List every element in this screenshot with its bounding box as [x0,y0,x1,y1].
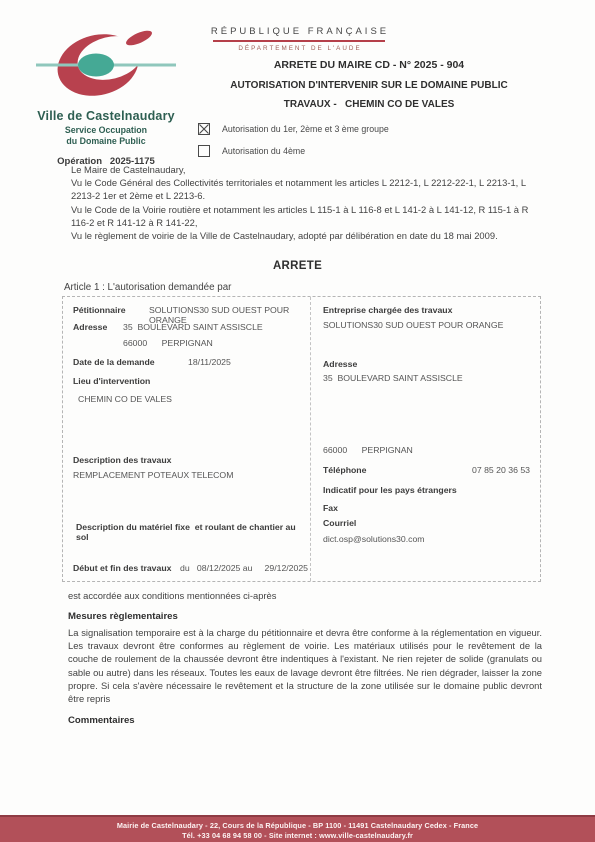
mesures-heading: Mesures règlementaires [68,611,178,622]
preamble-line-2: Vu le Code Général des Collectivités ter… [71,176,543,202]
republique-underline [213,40,385,42]
courriel-value: dict.osp@solutions30.com [323,534,425,544]
castelnaudary-logo-icon [36,28,176,102]
preamble-line-4: Vu le règlement de voirie de la Ville de… [71,229,543,242]
service-line1: Service Occupation [65,125,147,135]
logo: Ville de Castelnaudary Service Occupatio… [26,28,186,167]
checkbox-row-group4: Autorisation du 4ème [198,143,538,158]
description-travaux-label: Description des travaux [73,455,172,465]
commentaires-heading: Commentaires [68,715,135,726]
service-line2: du Domaine Public [66,136,145,146]
company-cell: Entreprise chargée des travaux SOLUTIONS… [311,297,542,581]
entreprise-value: SOLUTIONS30 SUD OUEST POUR ORANGE [323,320,503,330]
footer-address: Mairie de Castelnaudary - 22, Cours de l… [0,821,595,831]
petitionnaire-label: Pétitionnaire [73,305,126,315]
date-demande-label: Date de la demande [73,357,155,367]
authorization-title: AUTORISATION D'INTERVENIR SUR LE DOMAINE… [180,80,558,91]
departement-subtitle: DÉPARTEMENT DE L'AUDE [195,45,405,52]
document-page: Ville de Castelnaudary Service Occupatio… [0,0,595,842]
date-demande-value: 18/11/2025 [188,357,231,367]
debut-fin-label: Début et fin des travaux [73,563,171,573]
checkbox-row-group123: Autorisation du 1er, 2ème et 3 ème group… [198,121,538,136]
telephone-label: Téléphone [323,465,366,475]
checkbox-unchecked-icon [198,145,210,157]
footer-contact: Tél. +33 04 68 94 58 00 - Site internet … [0,831,595,841]
telephone-value: 07 85 20 36 53 [472,465,530,475]
description-travaux-value: REMPLACEMENT POTEAUX TELECOM [73,470,233,480]
preamble: Le Maire de Castelnaudary, Vu le Code Gé… [71,163,543,242]
entreprise-adresse-value: 35 BOULEVARD SAINT ASSISCLE [323,373,463,383]
preamble-line-1: Le Maire de Castelnaudary, [71,163,543,176]
arrete-heading: ARRETE [0,260,595,272]
fax-label: Fax [323,503,338,513]
arrete-number-title: ARRETE DU MAIRE CD - N° 2025 - 904 [180,59,558,71]
adresse-label: Adresse [73,322,107,332]
checkbox-checked-icon [198,123,210,135]
indicatif-label: Indicatif pour les pays étrangers [323,485,457,495]
lieu-label: Lieu d'intervention [73,376,150,386]
lieu-value: CHEMIN CO DE VALES [78,394,172,404]
adresse-city: 66000 PERPIGNAN [123,338,213,348]
service-name: Service Occupation du Domaine Public [26,125,186,147]
petitioner-cell: Pétitionnaire SOLUTIONS30 SUD OUEST POUR… [63,297,311,581]
city-name: Ville de Castelnaudary [26,109,186,123]
description-materiel-label: Description du matériel fixe et roulant … [76,522,304,542]
article1-heading: Article 1 : L'autorisation demandée par [64,282,484,293]
accordee-text: est accordée aux conditions mentionnées … [68,590,488,601]
entreprise-adresse-city: 66000 PERPIGNAN [323,445,413,455]
checkbox-label-group4: Autorisation du 4ème [222,146,305,156]
adresse-value: 35 BOULEVARD SAINT ASSISCLE [123,322,263,332]
preamble-line-3: Vu le Code de la Voirie routière et nota… [71,203,543,229]
checkbox-label-group123: Autorisation du 1er, 2ème et 3 ème group… [222,124,389,134]
entreprise-label: Entreprise chargée des travaux [323,305,452,315]
mesures-text: La signalisation temporaire est à la cha… [68,626,542,705]
debut-fin-value: du 08/12/2025 au 29/12/2025 [180,563,308,573]
travaux-title: TRAVAUX - CHEMIN CO DE VALES [180,99,558,110]
permit-table: Pétitionnaire SOLUTIONS30 SUD OUEST POUR… [62,296,541,582]
entreprise-adresse-label: Adresse [323,359,357,369]
footer: Mairie de Castelnaudary - 22, Cours de l… [0,815,595,842]
courriel-label: Courriel [323,518,356,528]
republique-title: RÉPUBLIQUE FRANÇAISE [195,26,405,37]
